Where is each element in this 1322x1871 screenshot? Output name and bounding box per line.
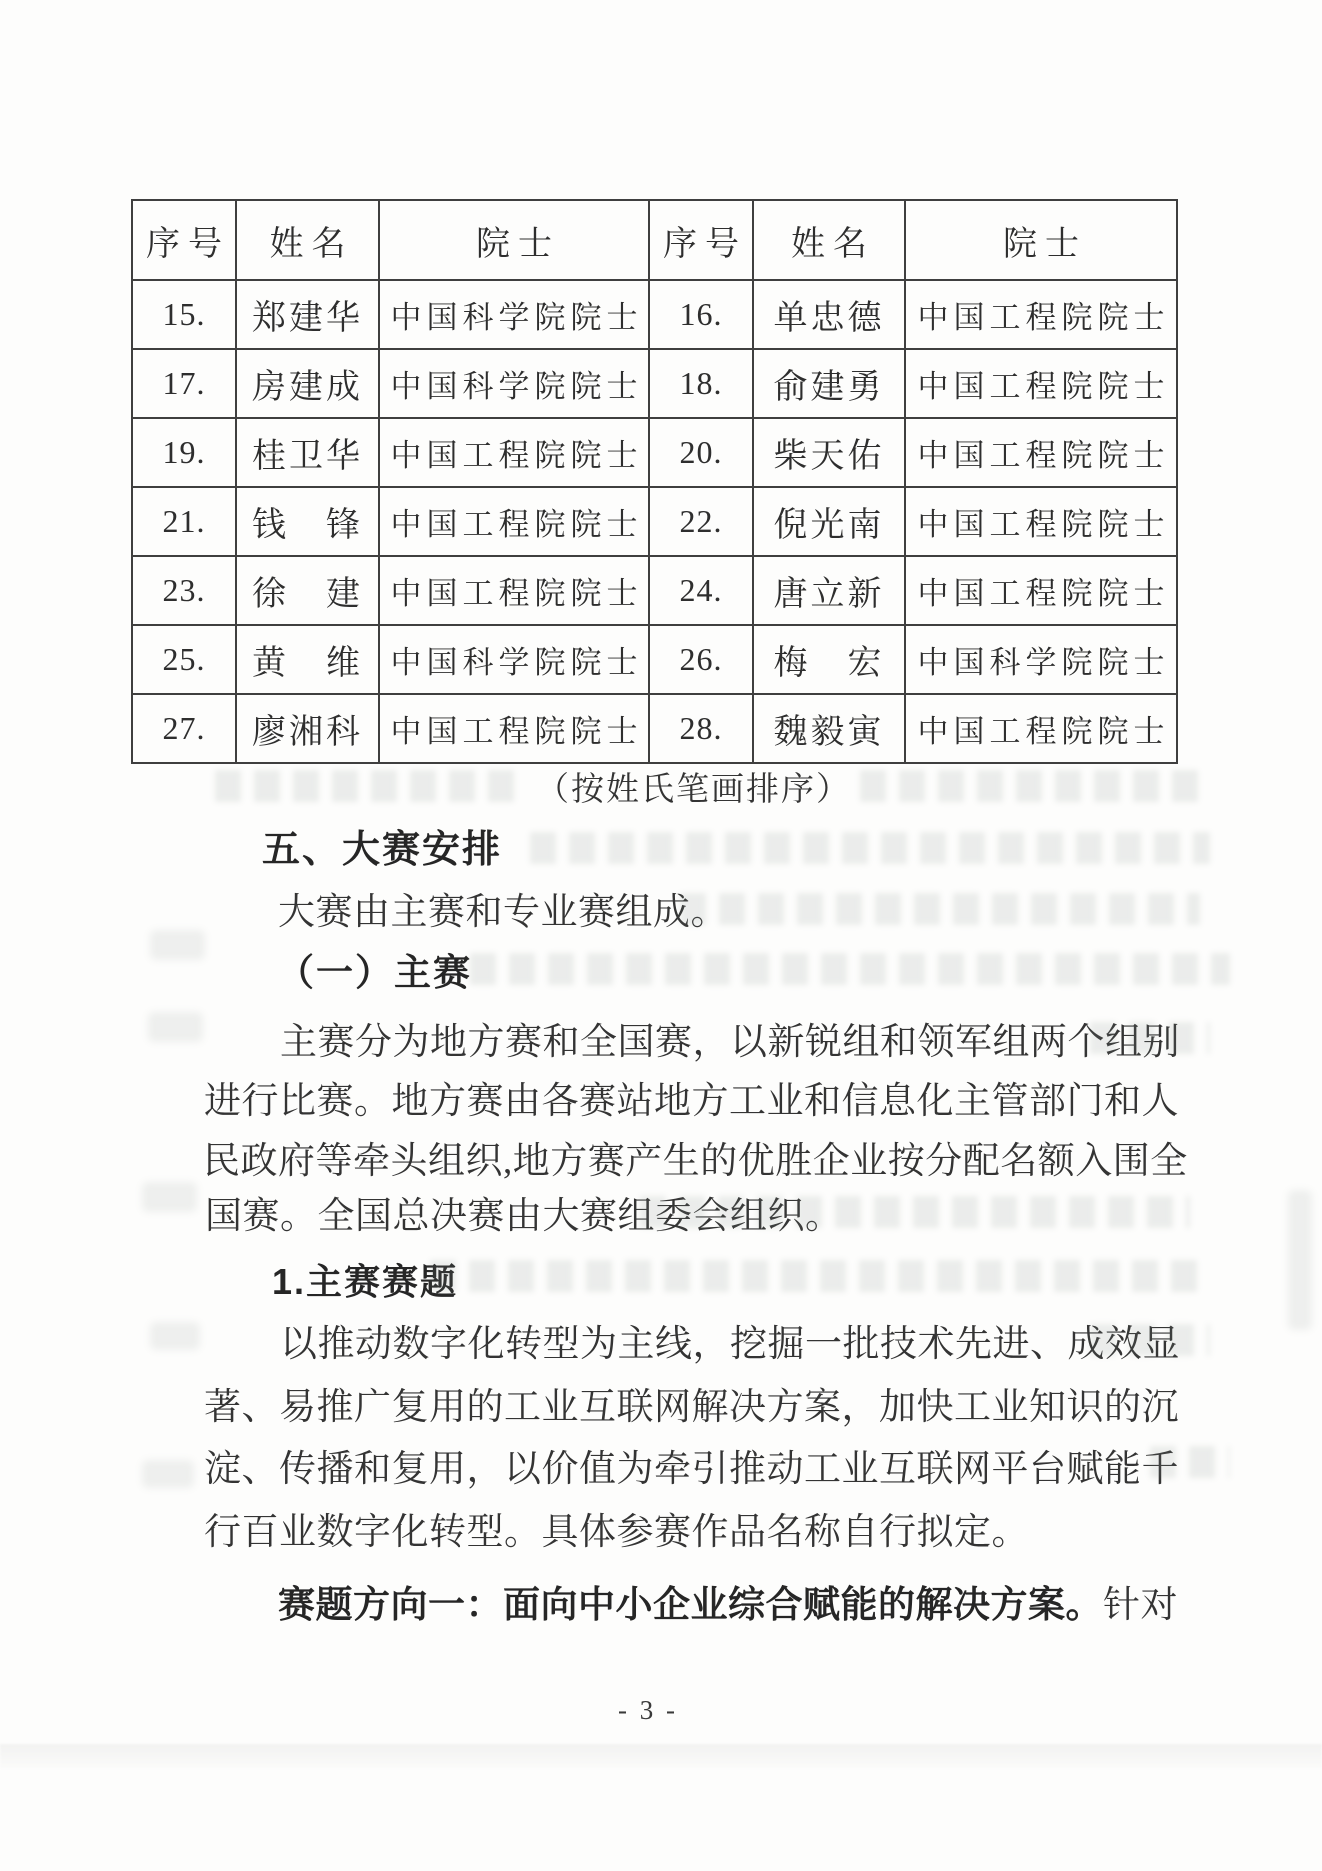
header-name-right: 姓名 [753,200,905,280]
cell-no: 23. [132,556,236,625]
cell-no: 18. [649,349,753,418]
cell-title: 中国科学院院士 [379,349,649,418]
cell-name: 黄 维 [236,625,379,694]
cell-title: 中国工程院院士 [905,694,1177,763]
cell-no: 26. [649,625,753,694]
cell-name: 柴天佑 [753,418,905,487]
cell-no: 16. [649,280,753,349]
cell-no: 17. [132,349,236,418]
cell-no: 19. [132,418,236,487]
cell-no: 22. [649,487,753,556]
cell-no: 27. [132,694,236,763]
para2-line: 行百业数字化转型。具体参赛作品名称自行拟定。 [204,1509,1029,1557]
cell-title: 中国工程院院士 [905,418,1177,487]
page-number: - 3 - [573,1695,723,1726]
header-name-left: 姓名 [236,200,379,280]
bleed-through-artifact [860,770,1200,802]
para1-line: 主赛分为地方赛和全国赛，以新锐组和领军组两个组别 [280,1019,1180,1067]
table-row: 15. 郑建华 中国科学院院士 16. 单忠德 中国工程院院士 [132,280,1177,349]
cell-name: 房建成 [236,349,379,418]
cell-no: 21. [132,487,236,556]
bleed-through-artifact [148,1012,203,1042]
para2-line: 淀、传播和复用，以价值为牵引推动工业互联网平台赋能千 [204,1446,1179,1494]
cell-no: 24. [649,556,753,625]
cell-title: 中国工程院院士 [905,349,1177,418]
cell-name: 俞建勇 [753,349,905,418]
cell-title: 中国工程院院士 [905,280,1177,349]
cell-title: 中国科学院院士 [379,625,649,694]
direction-regular-text: 针对 [1103,1585,1178,1626]
cell-name: 唐立新 [753,556,905,625]
scanner-band-artifact [0,1744,1322,1768]
cell-name: 梅 宏 [753,625,905,694]
cell-title: 中国工程院院士 [905,556,1177,625]
bleed-through-artifact [150,930,205,960]
sub-heading-main-contest: （一）主赛 [277,949,472,997]
table-row: 27. 廖湘科 中国工程院院士 28. 魏毅寅 中国工程院院士 [132,694,1177,763]
cell-name: 桂卫华 [236,418,379,487]
section-heading: 五、大赛安排 [262,826,502,874]
cell-name: 倪光南 [753,487,905,556]
bleed-through-artifact [1288,1190,1312,1330]
cell-name: 廖湘科 [236,694,379,763]
cell-title: 中国工程院院士 [379,694,649,763]
intro-line: 大赛由主赛和专业赛组成。 [278,889,728,937]
cell-title: 中国工程院院士 [379,418,649,487]
bleed-through-artifact [470,953,1230,985]
direction-bold-text: 赛题方向一：面向中小企业综合赋能的解决方案。 [278,1584,1103,1625]
topic-heading: 1.主赛赛题 [272,1258,458,1306]
cell-title: 中国科学院院士 [379,280,649,349]
cell-name: 郑建华 [236,280,379,349]
para1-line: 进行比赛。地方赛由各赛站地方工业和信息化主管部门和人 [204,1078,1179,1126]
table-sort-caption: （按姓氏笔画排序） [536,766,851,814]
cell-no: 28. [649,694,753,763]
cell-no: 20. [649,418,753,487]
bleed-through-artifact [430,1260,1200,1292]
cell-name: 钱 锋 [236,487,379,556]
bleed-through-artifact [215,770,515,802]
bleed-through-artifact [530,832,1210,864]
header-title-right: 院士 [905,200,1177,280]
bleed-through-artifact [150,1322,200,1350]
table-row: 17. 房建成 中国科学院院士 18. 俞建勇 中国工程院院士 [132,349,1177,418]
header-title-left: 院士 [379,200,649,280]
academicians-table: 序号 姓名 院士 序号 姓名 院士 15. 郑建华 中国科学院院士 16. 单忠… [131,199,1178,764]
cell-name: 徐 建 [236,556,379,625]
cell-no: 15. [132,280,236,349]
header-no-left: 序号 [132,200,236,280]
bleed-through-artifact [142,1460,194,1488]
table-row: 23. 徐 建 中国工程院院士 24. 唐立新 中国工程院院士 [132,556,1177,625]
table-row: 21. 钱 锋 中国工程院院士 22. 倪光南 中国工程院院士 [132,487,1177,556]
bleed-through-artifact [680,893,1200,925]
document-page: 序号 姓名 院士 序号 姓名 院士 15. 郑建华 中国科学院院士 16. 单忠… [0,0,1322,1871]
bleed-through-artifact [142,1182,197,1212]
header-no-right: 序号 [649,200,753,280]
para2-line: 著、易推广复用的工业互联网解决方案，加快工业知识的沉 [204,1384,1179,1432]
para1-line: 国赛。全国总决赛由大赛组委会组织。 [205,1193,843,1241]
cell-title: 中国工程院院士 [379,556,649,625]
direction-line: 赛题方向一：面向中小企业综合赋能的解决方案。针对 [278,1581,1178,1629]
table-header-row: 序号 姓名 院士 序号 姓名 院士 [132,200,1177,280]
para1-line: 民政府等牵头组织,地方赛产生的优胜企业按分配名额入围全 [203,1138,1188,1186]
cell-name: 魏毅寅 [753,694,905,763]
table-row: 19. 桂卫华 中国工程院院士 20. 柴天佑 中国工程院院士 [132,418,1177,487]
para2-line: 以推动数字化转型为主线，挖掘一批技术先进、成效显 [280,1321,1180,1369]
table-row: 25. 黄 维 中国科学院院士 26. 梅 宏 中国科学院院士 [132,625,1177,694]
cell-title: 中国科学院院士 [905,625,1177,694]
cell-title: 中国工程院院士 [379,487,649,556]
cell-no: 25. [132,625,236,694]
cell-name: 单忠德 [753,280,905,349]
cell-title: 中国工程院院士 [905,487,1177,556]
